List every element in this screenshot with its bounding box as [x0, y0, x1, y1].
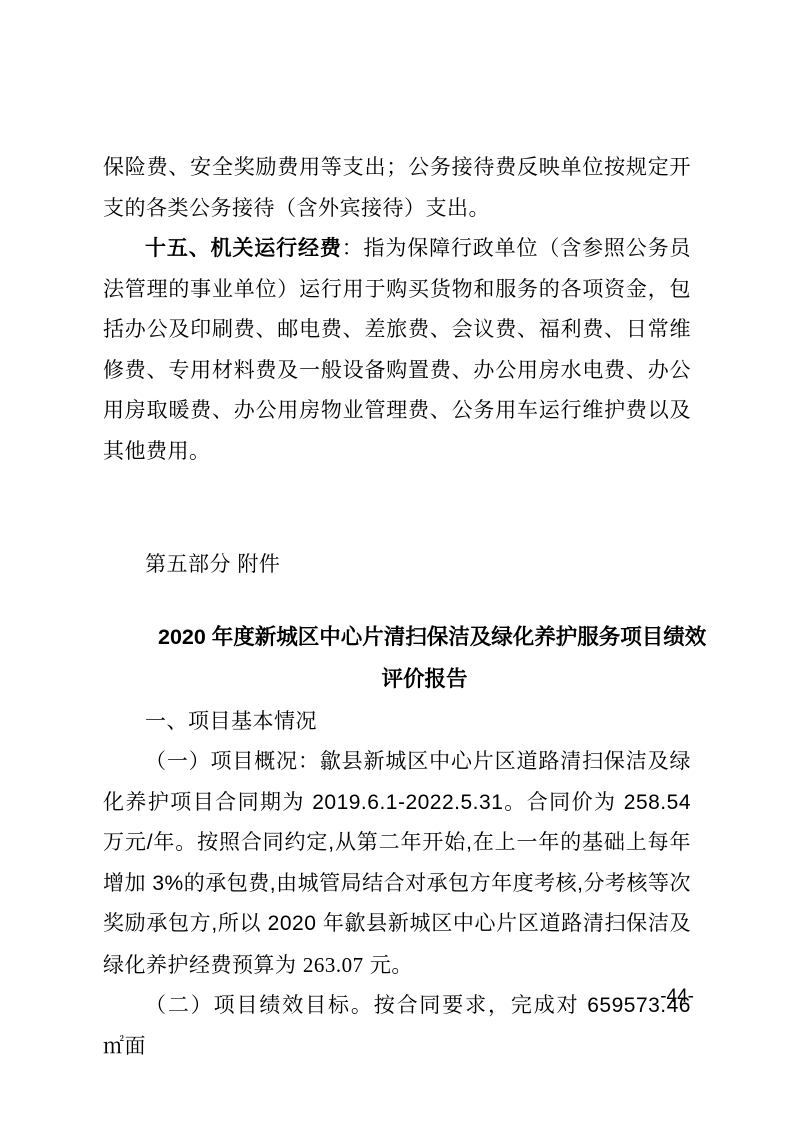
- section-heading-part5-appendix: 第五部分 附件: [103, 545, 691, 586]
- budget-amount-value: 263.07: [303, 953, 364, 977]
- report-title-line-2: 评价报告: [158, 658, 691, 700]
- paragraph-agency-operating-expense: 十五、机关运行经费：指为保障行政单位（含参照公务员法管理的事业单位）运行用于购买…: [103, 229, 691, 472]
- document-page: 保险费、安全奖励费用等支出；公务接待费反映单位按规定开支的各类公务接待（含外宾接…: [0, 0, 793, 1122]
- term-agency-operating-expense: 十五、机关运行经费: [145, 237, 342, 260]
- report-title-line-1: 2020 年度新城区中心片清扫保洁及绿化养护服务项目绩效: [158, 616, 691, 658]
- budget-amount-unit: 元。: [364, 954, 413, 977]
- document-body: 保险费、安全奖励费用等支出；公务接待费反映单位按规定开支的各类公务接待（含外宾接…: [103, 148, 691, 1067]
- paragraph-performance-goal: （二）项目绩效目标。按合同要求，完成对 659573.46 ㎡面: [103, 986, 691, 1067]
- page-number: -44-: [660, 985, 694, 1009]
- paragraph-project-overview: （一）项目概况：歙县新城区中心片区道路清扫保洁及绿化养护项目合同期为 2019.…: [103, 742, 691, 986]
- paragraph-reception-expense: 保险费、安全奖励费用等支出；公务接待费反映单位按规定开支的各类公务接待（含外宾接…: [103, 148, 691, 229]
- report-title: 2020 年度新城区中心片清扫保洁及绿化养护服务项目绩效 评价报告: [158, 616, 691, 700]
- heading-project-basic-info: 一、项目基本情况: [103, 702, 691, 743]
- agency-operating-expense-definition: ：指为保障行政单位（含参照公务员法管理的事业单位）运行用于购买货物和服务的各项资…: [103, 237, 691, 463]
- project-overview-text: （一）项目概况：歙县新城区中心片区道路清扫保洁及绿化养护项目合同期为 2019.…: [103, 750, 691, 977]
